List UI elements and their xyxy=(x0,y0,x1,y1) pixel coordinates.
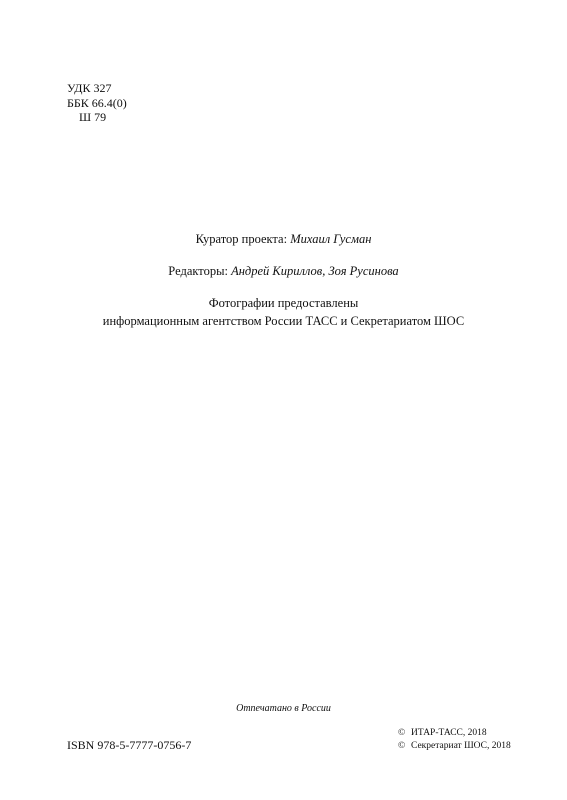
curator-name: Михаил Гусман xyxy=(290,232,371,246)
copyright-holder: Секретариат ШОС, 2018 xyxy=(411,741,511,751)
copyright-line: ©Секретариат ШОС, 2018 xyxy=(398,740,511,753)
copyright-holder: ИТАР-ТАСС, 2018 xyxy=(411,728,487,738)
author-mark: Ш 79 xyxy=(67,110,127,125)
photo-credit-line-1: Фотографии предоставлены xyxy=(0,295,567,311)
copyright-line: ©ИТАР-ТАСС, 2018 xyxy=(398,727,511,740)
isbn: ISBN 978-5-7777-0756-7 xyxy=(67,738,191,753)
copyright-icon: © xyxy=(398,740,411,753)
udk-code: УДК 327 xyxy=(67,81,127,96)
photo-credit-line-2: информационным агентством России ТАСС и … xyxy=(0,313,567,329)
curator-label: Куратор проекта: xyxy=(196,232,291,246)
copyright-icon: © xyxy=(398,727,411,740)
bbk-code: ББК 66.4(0) xyxy=(67,96,127,111)
editors-label: Редакторы: xyxy=(168,264,231,278)
imprint-page: УДК 327 ББК 66.4(0) Ш 79 Куратор проекта… xyxy=(0,0,567,800)
classification-codes: УДК 327 ББК 66.4(0) Ш 79 xyxy=(67,81,127,125)
editors-names: Андрей Кириллов, Зоя Русинова xyxy=(231,264,399,278)
editors-line: Редакторы: Андрей Кириллов, Зоя Русинова xyxy=(0,263,567,279)
copyright-notices: ©ИТАР-ТАСС, 2018 ©Секретариат ШОС, 2018 xyxy=(398,727,511,753)
printed-in-russia: Отпечатано в России xyxy=(0,702,567,716)
curator-line: Куратор проекта: Михаил Гусман xyxy=(0,231,567,247)
